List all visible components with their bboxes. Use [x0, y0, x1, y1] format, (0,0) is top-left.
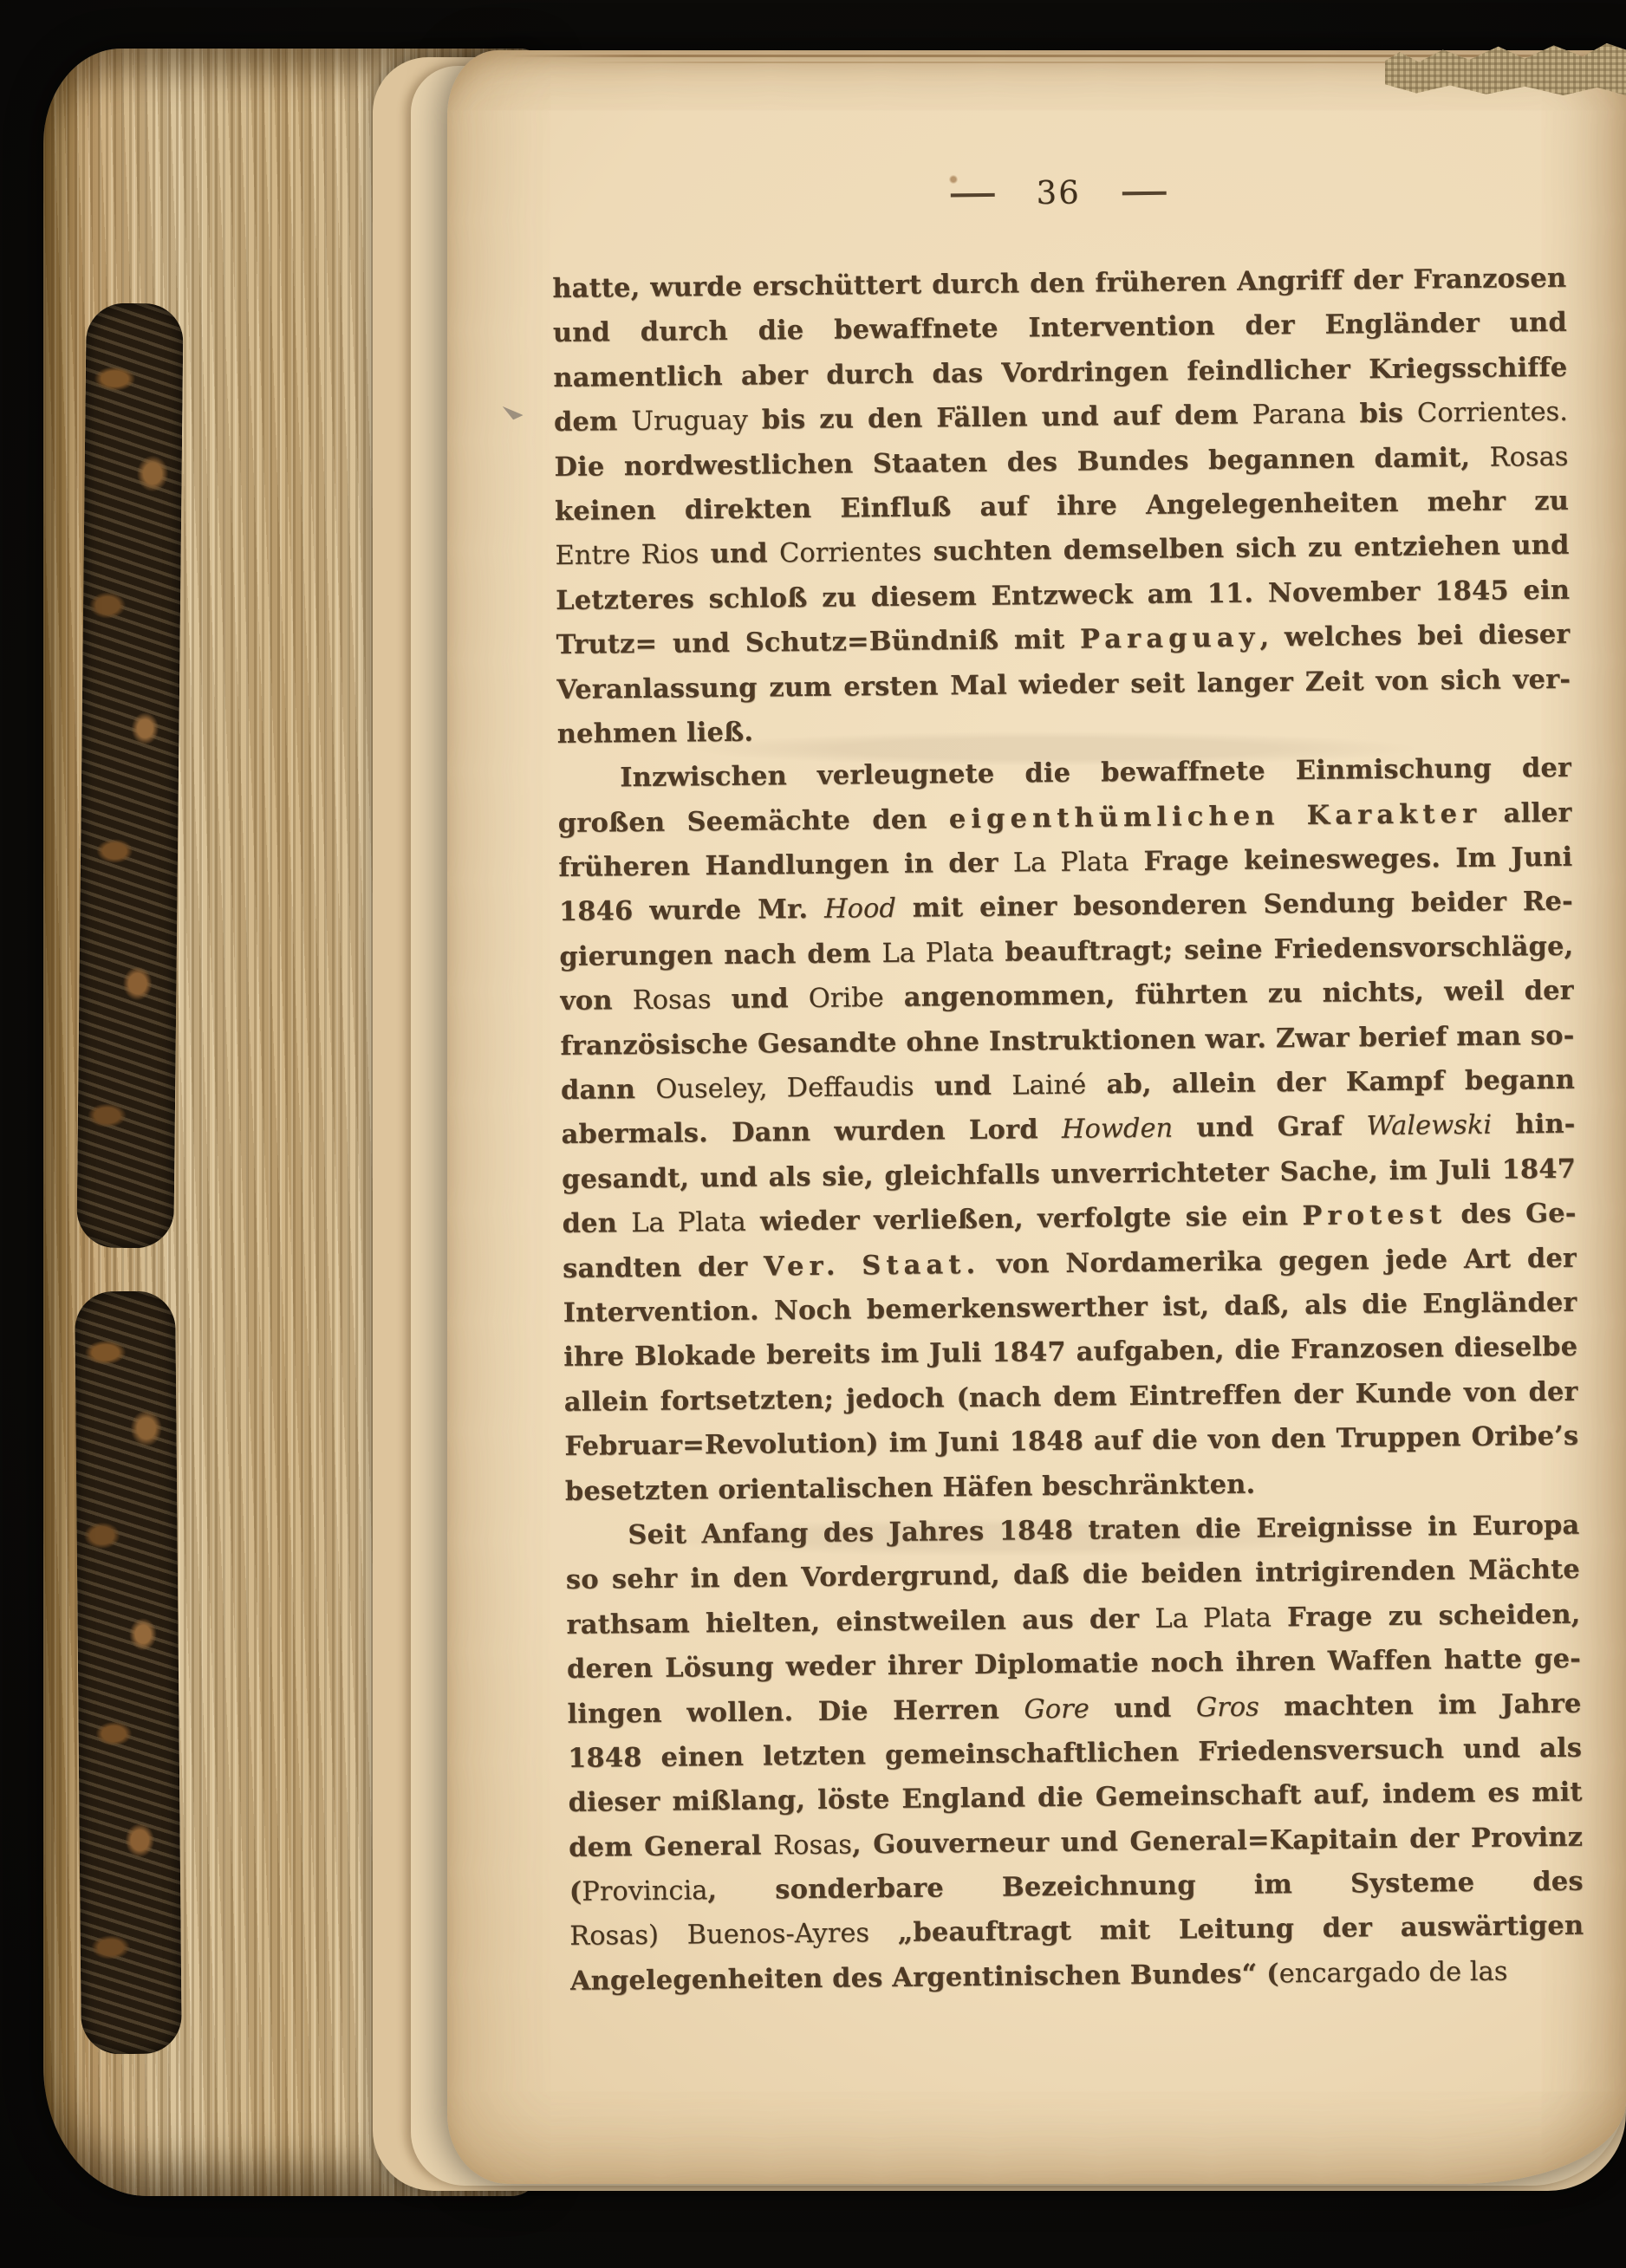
text-segment: ab, allein der Kampf begann	[1086, 1064, 1575, 1101]
text-segment: Howden	[1062, 1114, 1174, 1145]
text-segment: Intervention. Noch bemerkenswerther ist,…	[563, 1287, 1577, 1329]
body-text: hatte, wurde erschüttert durch den frühe…	[552, 257, 1584, 2004]
header-dash: —	[1119, 173, 1168, 209]
text-segment: und	[914, 1070, 1011, 1102]
text-segment: (	[569, 1876, 582, 1907]
text-segment: so sehr in den Vordergrund, daß die beid…	[566, 1554, 1580, 1595]
text-segment: Gros	[1196, 1692, 1259, 1723]
binding-cloth-tape	[1385, 40, 1626, 95]
ink-smudge	[499, 405, 524, 423]
text-segment: „beauftragt mit Leitung der auswärtigen	[869, 1910, 1584, 1949]
text-segment: Hood	[824, 894, 896, 925]
text-segment: Letzteres schloß zu diesem Entzweck am 1…	[556, 574, 1570, 615]
text-segment: dem	[554, 406, 632, 438]
text-segment: 1846 wurde Mr.	[559, 894, 825, 927]
text-segment: Veranlassung zum ersten Mal wieder seit …	[556, 663, 1571, 705]
text-segment: früheren Handlungen in der	[558, 848, 1013, 883]
text-segment: angenommen, führten zu nichts, weil der	[884, 975, 1575, 1013]
text-segment: , Gouverneur und General=Kapitain der Pr…	[852, 1821, 1584, 1860]
text-segment: und Graf	[1173, 1111, 1367, 1144]
paragraph: Inzwischen verleugnete die bewaffnete Ei…	[557, 746, 1579, 1514]
text-segment: Die nordwestlichen Staaten des Bundes be…	[554, 441, 1489, 482]
text-segment: mit einer besonderen Sendung beider Re-	[896, 886, 1573, 924]
text-segment: französische Gesandte ohne Instruktionen…	[560, 1019, 1574, 1061]
text-segment: und	[1089, 1692, 1196, 1724]
text-segment: Rosas	[633, 985, 712, 1016]
text-segment: bis zu den Fällen und auf dem	[748, 400, 1252, 436]
text-segment: Februar=Revolution) im Juni 1848 auf die…	[564, 1420, 1578, 1462]
text-segment: abermals. Dann wurden Lord	[561, 1114, 1062, 1150]
text-segment: beauftragt; seine Friedensvorschläge,	[993, 931, 1573, 968]
text-segment: Rosas	[1489, 441, 1568, 472]
text-segment: , welches bei dieser	[1259, 619, 1570, 653]
text-segment: Lainé	[1011, 1070, 1086, 1102]
text-segment: lingen wollen. Die Herren	[567, 1693, 1024, 1730]
text-segment: hatte, wurde erschüttert durch den frühe…	[552, 263, 1566, 304]
text-segment: dem General	[569, 1829, 773, 1862]
paragraph: hatte, wurde erschüttert durch den frühe…	[552, 257, 1571, 757]
text-segment: Rosas	[773, 1829, 852, 1861]
text-segment: Buenos-Ayres	[686, 1919, 869, 1951]
text-segment: eigenthümlichen Karakter	[949, 797, 1482, 834]
text-segment: La Plata	[631, 1207, 746, 1238]
text-segment: und	[699, 538, 779, 570]
text-segment: nehmen ließ.	[557, 717, 754, 750]
book-page: — 36 — hatte, wurde erschüttert durch de…	[447, 50, 1626, 2184]
text-segment: des Ge-	[1447, 1198, 1577, 1231]
paragraph: Seit Anfang des Jahres 1848 traten die E…	[565, 1504, 1584, 2005]
text-segment: Frage zu scheiden,	[1272, 1598, 1581, 1633]
page-text-layer: — 36 — hatte, wurde erschüttert durch de…	[551, 166, 1584, 2004]
text-segment: Seit Anfang des Jahres 1848 traten die E…	[628, 1510, 1579, 1550]
text-segment: machten im Jahre	[1259, 1687, 1582, 1722]
text-segment: La Plata	[881, 938, 993, 969]
text-segment: von Nordamerika gegen jede Art der	[980, 1242, 1577, 1279]
text-segment: Parana	[1252, 400, 1345, 431]
text-segment: Provincia	[582, 1875, 707, 1907]
header-dash: —	[948, 175, 998, 211]
text-segment: Trutz= und Schutz=Bündniß mit	[556, 624, 1080, 660]
text-segment: Paraguay	[1080, 622, 1260, 655]
text-segment: deren Lösung weder ihrer Diplomatie noch…	[567, 1643, 1581, 1685]
text-segment: bis	[1345, 398, 1417, 430]
text-segment: , sonderbare Bezeichnung im Systeme des	[707, 1866, 1584, 1907]
text-segment: Oribe	[809, 983, 884, 1014]
text-segment	[659, 1920, 687, 1951]
text-segment: gesandt, und als sie, gleichfalls unverr…	[562, 1153, 1576, 1194]
text-segment: dieser mißlang, löste England die Gemein…	[568, 1777, 1582, 1818]
text-segment: Uruguay	[631, 406, 748, 437]
text-segment: hin-	[1492, 1108, 1576, 1140]
text-segment: Ver. Staat.	[764, 1248, 981, 1282]
text-segment: gierungen nach dem	[559, 938, 881, 972]
text-segment: den	[562, 1207, 631, 1239]
text-segment: Ouseley, Deffaudis	[655, 1072, 914, 1105]
text-segment: von	[560, 985, 633, 1017]
text-segment: Protest	[1302, 1199, 1447, 1231]
text-segment: Walewski	[1366, 1110, 1492, 1142]
text-segment: besetzten orientalischen Häfen beschränk…	[565, 1468, 1256, 1506]
text-segment: La Plata	[1013, 847, 1129, 878]
text-segment: großen Seemächte den	[558, 803, 949, 839]
text-segment: sandten der	[563, 1251, 764, 1283]
page-header: — 36 —	[551, 166, 1565, 218]
text-segment: Gore	[1024, 1693, 1089, 1725]
text-segment: Corrientes.	[1417, 397, 1568, 429]
marbled-cover-edge	[75, 1291, 182, 2055]
text-segment: wieder verließen, verfolgte sie ein	[746, 1200, 1303, 1238]
text-segment: Entre Rios	[555, 540, 699, 572]
text-segment: Frage keinesweges. Im Juni	[1128, 842, 1572, 877]
text-segment: Corrientes	[779, 537, 922, 569]
text-segment: und	[711, 983, 809, 1015]
text-segment: ihre Blokade bereits im Juli 1847 aufgab…	[563, 1331, 1577, 1373]
text-segment: Angelegenheiten des Argentinischen Bunde…	[570, 1958, 1279, 1997]
text-segment: encargado de las	[1279, 1956, 1508, 1989]
text-segment: dann	[561, 1074, 656, 1106]
text-segment: rathsam hielten, einstweilen aus der	[566, 1603, 1154, 1641]
text-segment: La Plata	[1154, 1602, 1272, 1634]
text-segment: allein fortsetzten; jedoch (nach dem Ein…	[564, 1375, 1578, 1417]
text-segment: suchten demselben sich zu entziehen und	[921, 530, 1570, 568]
page-number: 36	[1036, 173, 1081, 211]
book-scan: — 36 — hatte, wurde erschüttert durch de…	[0, 0, 1626, 2268]
marbled-cover-edge	[76, 302, 183, 1248]
text-segment: Rosas)	[569, 1920, 659, 1952]
